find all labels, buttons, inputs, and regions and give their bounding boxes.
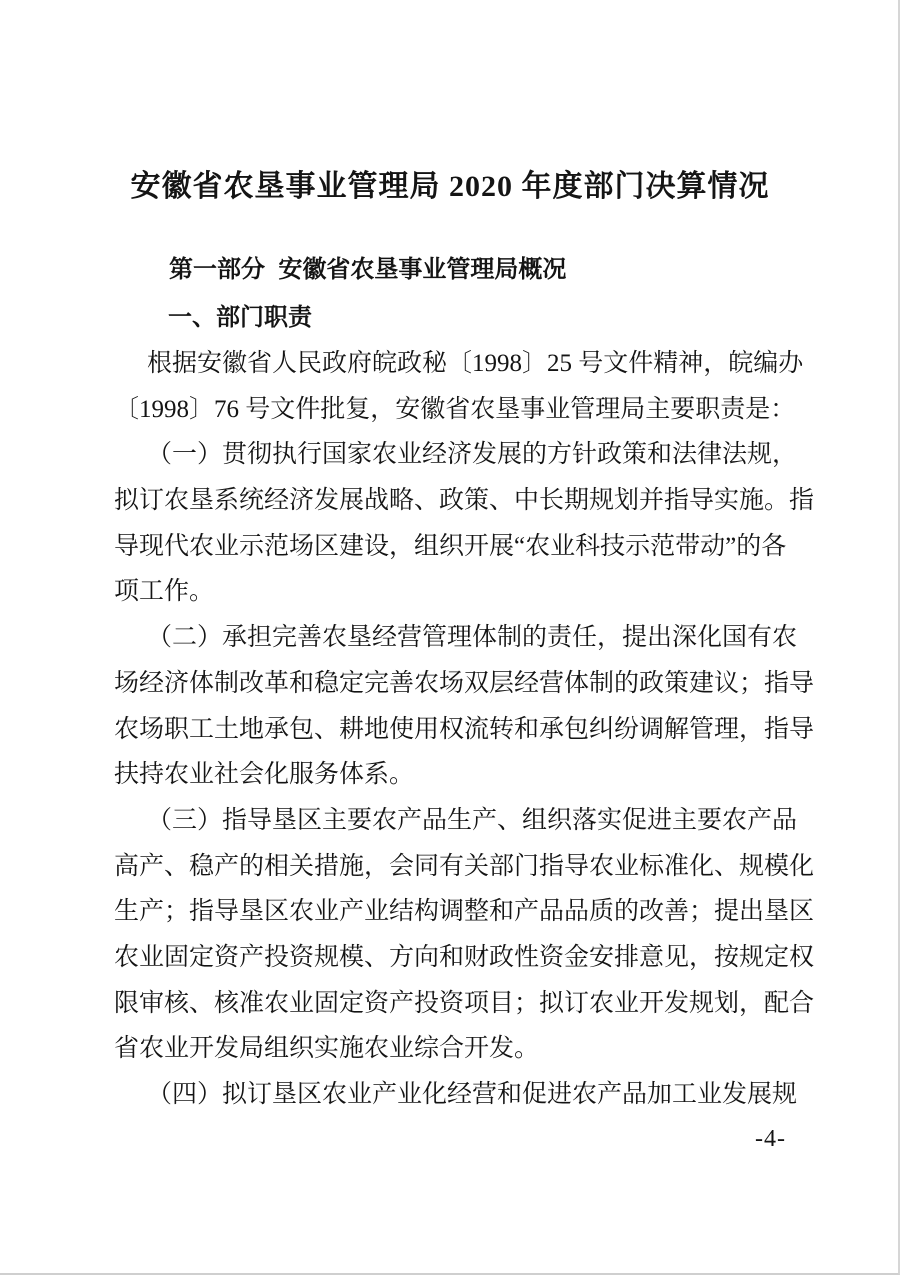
text-line: 省农业开发局组织实施农业综合开发。	[114, 1026, 786, 1072]
section-heading-department-duties: 一、部门职责	[114, 302, 786, 334]
text-line: 扶持农业社会化服务体系。	[114, 752, 786, 798]
body-text: 根据安徽省人民政府皖政秘〔1998〕25 号文件精神，皖编办 〔1998〕76 …	[114, 341, 786, 1118]
text-line: 场经济体制改革和稳定完善农场双层经营体制的政策建议；指导	[114, 661, 786, 707]
paragraph: （一）贯彻执行国家农业经济发展的方针政策和法律法规， 拟订农垦系统经济发展战略、…	[114, 432, 786, 615]
part-one-heading: 第一部分 安徽省农垦事业管理局概况	[114, 254, 786, 286]
text-line: 生产；指导垦区农业产业结构调整和产品品质的改善；提出垦区	[114, 889, 786, 935]
document-title: 安徽省农垦事业管理局 2020 年度部门决算情况	[114, 168, 786, 206]
text-line: （三）指导垦区主要农产品生产、组织落实促进主要农产品	[114, 798, 786, 844]
text-line: 农业固定资产投资规模、方向和财政性资金安排意见，按规定权	[114, 935, 786, 981]
text-line: 拟订农垦系统经济发展战略、政策、中长期规划并指导实施。指	[114, 478, 786, 524]
paragraph: 根据安徽省人民政府皖政秘〔1998〕25 号文件精神，皖编办 〔1998〕76 …	[114, 341, 786, 432]
text-line: 根据安徽省人民政府皖政秘〔1998〕25 号文件精神，皖编办	[114, 341, 786, 387]
text-line: 〔1998〕76 号文件批复，安徽省农垦事业管理局主要职责是：	[114, 387, 786, 433]
page-number: -4-	[114, 1124, 786, 1154]
document-page: 安徽省农垦事业管理局 2020 年度部门决算情况 第一部分 安徽省农垦事业管理局…	[0, 0, 900, 1275]
text-line: （一）贯彻执行国家农业经济发展的方针政策和法律法规，	[114, 432, 786, 478]
paragraph: （三）指导垦区主要农产品生产、组织落实促进主要农产品 高产、稳产的相关措施，会同…	[114, 798, 786, 1072]
text-line: 高产、稳产的相关措施，会同有关部门指导农业标准化、规模化	[114, 844, 786, 890]
paragraph: （四）拟订垦区农业产业化经营和促进农产品加工业发展规	[114, 1072, 786, 1118]
text-line: 限审核、核准农业固定资产投资项目；拟订农业开发规划，配合	[114, 981, 786, 1027]
paragraph: （二）承担完善农垦经营管理体制的责任，提出深化国有农 场经济体制改革和稳定完善农…	[114, 615, 786, 798]
text-line: 导现代农业示范场区建设，组织开展“农业科技示范带动”的各	[114, 524, 786, 570]
text-line: （四）拟订垦区农业产业化经营和促进农产品加工业发展规	[114, 1072, 786, 1118]
text-line: 项工作。	[114, 569, 786, 615]
text-line: （二）承担完善农垦经营管理体制的责任，提出深化国有农	[114, 615, 786, 661]
text-line: 农场职工土地承包、耕地使用权流转和承包纠纷调解管理，指导	[114, 707, 786, 753]
